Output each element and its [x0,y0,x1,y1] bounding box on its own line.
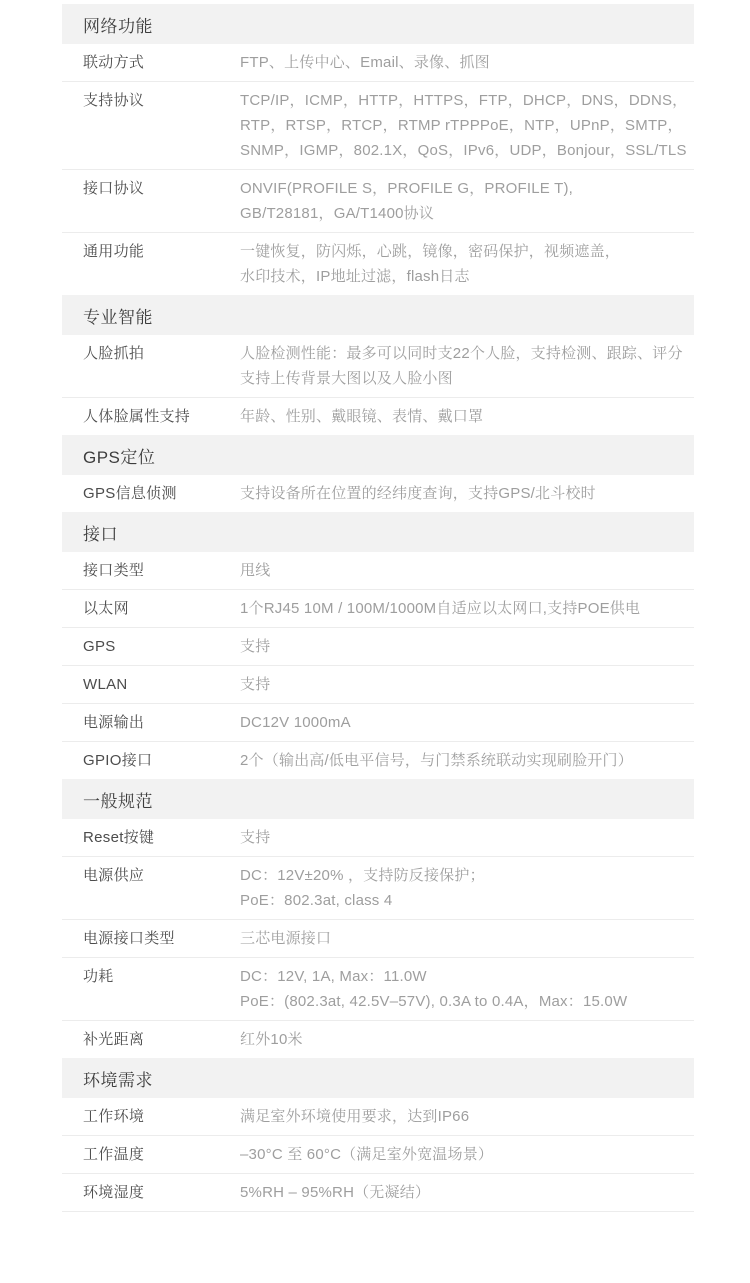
spec-value-line: 支持设备所在位置的经纬度查询，支持GPS/北斗校时 [240,481,694,506]
spec-table-row: 工作温度 –30°C 至 60°C（满足室外宽温场景） [62,1136,694,1174]
spec-row-label: 以太网 [83,596,240,621]
spec-value-line: 5%RH – 95%RH（无凝结） [240,1180,694,1205]
spec-row-label: GPIO接口 [83,748,240,773]
spec-table-row: GPIO接口 2个（输出高/低电平信号，与门禁系统联动实现刷脸开门） [62,742,694,779]
section-title: 专业智能 [83,303,153,328]
spec-row-value: DC：12V, 1A, Max：11.0WPoE：(802.3at, 42.5V… [240,964,694,1014]
spec-row-value: FTP、上传中心、Email、录像、抓图 [240,50,694,75]
spec-row-label: 工作温度 [83,1142,240,1167]
spec-value-line: DC：12V, 1A, Max：11.0W [240,964,694,989]
spec-value-line: RTP，RTSP，RTCP，RTMP rTPPPoE，NTP，UPnP，SMTP… [240,113,694,138]
spec-row-value: DC：12V±20% ，支持防反接保护；PoE：802.3at, class 4 [240,863,694,913]
section-title: 环境需求 [83,1066,153,1091]
spec-row-label: 电源供应 [83,863,240,888]
spec-section: 接口 接口类型 甩线 以太网 1个RJ45 10M / 100M/1000M自适… [62,512,694,779]
spec-table-row: 补光距离 红外10米 [62,1021,694,1058]
spec-table-row: 支持协议 TCP/IP，ICMP，HTTP，HTTPS，FTP，DHCP，DNS… [62,82,694,170]
spec-value-line: TCP/IP，ICMP，HTTP，HTTPS，FTP，DHCP，DNS，DDNS… [240,88,694,113]
spec-value-line: 1个RJ45 10M / 100M/1000M自适应以太网口,支持POE供电 [240,596,694,621]
spec-value-line: 支持上传背景大图以及人脸小图 [240,366,694,391]
spec-row-label: 联动方式 [83,50,240,75]
spec-section: 一般规范 Reset按键 支持 电源供应 DC：12V±20% ，支持防反接保护… [62,779,694,1058]
spec-row-label: 电源输出 [83,710,240,735]
spec-row-value: 三芯电源接口 [240,926,694,951]
spec-table-row: 功耗 DC：12V, 1A, Max：11.0WPoE：(802.3at, 42… [62,958,694,1021]
spec-row-value: 人脸检测性能：最多可以同时支22个人脸，支持检测、跟踪、评分支持上传背景大图以及… [240,341,694,391]
section-title: 一般规范 [83,787,153,812]
spec-table-row: 接口类型 甩线 [62,552,694,590]
spec-row-value: 年龄、性别、戴眼镜、表情、戴口罩 [240,404,694,429]
spec-table-row: 工作环境 满足室外环境使用要求，达到IP66 [62,1098,694,1136]
spec-table-row: 电源输出 DC12V 1000mA [62,704,694,742]
section-header: 一般规范 [62,779,694,819]
section-header: 环境需求 [62,1058,694,1098]
spec-row-value: ONVIF(PROFILE S，PROFILE G，PROFILE T),GB/… [240,176,694,226]
spec-section: GPS定位 GPS信息侦测 支持设备所在位置的经纬度查询，支持GPS/北斗校时 [62,435,694,512]
spec-value-line: 支持 [240,634,694,659]
spec-row-label: 补光距离 [83,1027,240,1052]
spec-value-line: PoE：802.3at, class 4 [240,888,694,913]
spec-row-label: 人脸抓拍 [83,341,240,366]
spec-value-line: FTP、上传中心、Email、录像、抓图 [240,50,694,75]
section-header: 接口 [62,512,694,552]
spec-value-line: DC12V 1000mA [240,710,694,735]
spec-row-label: 通用功能 [83,239,240,264]
spec-row-value: 一键恢复，防闪烁，心跳，镜像，密码保护，视频遮盖，水印技术，IP地址过滤，fla… [240,239,694,289]
spec-row-value: 1个RJ45 10M / 100M/1000M自适应以太网口,支持POE供电 [240,596,694,621]
spec-table-row: 环境湿度 5%RH – 95%RH（无凝结） [62,1174,694,1212]
spec-table-row: 电源接口类型 三芯电源接口 [62,920,694,958]
spec-row-label: 环境湿度 [83,1180,240,1205]
spec-section: 环境需求 工作环境 满足室外环境使用要求，达到IP66 工作温度 –30°C 至… [62,1058,694,1212]
spec-table-row: 人体脸属性支持 年龄、性别、戴眼镜、表情、戴口罩 [62,398,694,435]
spec-row-value: DC12V 1000mA [240,710,694,735]
spec-row-value: 5%RH – 95%RH（无凝结） [240,1180,694,1205]
spec-row-value: 满足室外环境使用要求，达到IP66 [240,1104,694,1129]
section-header: 网络功能 [62,4,694,44]
spec-section: 网络功能 联动方式 FTP、上传中心、Email、录像、抓图 支持协议 TCP/… [62,4,694,295]
spec-table-row: 以太网 1个RJ45 10M / 100M/1000M自适应以太网口,支持POE… [62,590,694,628]
spec-table-row: 电源供应 DC：12V±20% ，支持防反接保护；PoE：802.3at, cl… [62,857,694,920]
spec-row-label: 接口类型 [83,558,240,583]
spec-value-line: 年龄、性别、戴眼镜、表情、戴口罩 [240,404,694,429]
spec-value-line: SNMP，IGMP，802.1X，QoS，IPv6，UDP，Bonjour，SS… [240,138,694,163]
spec-row-label: 电源接口类型 [83,926,240,951]
spec-row-value: TCP/IP，ICMP，HTTP，HTTPS，FTP，DHCP，DNS，DDNS… [240,88,694,163]
spec-value-line: GB/T28181，GA/T1400协议 [240,201,694,226]
spec-value-line: 满足室外环境使用要求，达到IP66 [240,1104,694,1129]
spec-row-value: 支持 [240,672,694,697]
section-title: 接口 [83,520,118,545]
spec-row-label: 功耗 [83,964,240,989]
spec-value-line: 水印技术，IP地址过滤，flash日志 [240,264,694,289]
spec-row-value: 红外10米 [240,1027,694,1052]
spec-value-line: DC：12V±20% ，支持防反接保护； [240,863,694,888]
spec-row-label: 支持协议 [83,88,240,113]
spec-value-line: –30°C 至 60°C（满足室外宽温场景） [240,1142,694,1167]
spec-row-value: 甩线 [240,558,694,583]
section-title: GPS定位 [83,443,155,468]
spec-table-row: 通用功能 一键恢复，防闪烁，心跳，镜像，密码保护，视频遮盖，水印技术，IP地址过… [62,233,694,295]
spec-row-label: 工作环境 [83,1104,240,1129]
spec-table-row: Reset按键 支持 [62,819,694,857]
spec-value-line: 支持 [240,825,694,850]
spec-row-value: 支持 [240,825,694,850]
spec-value-line: ONVIF(PROFILE S，PROFILE G，PROFILE T), [240,176,694,201]
spec-table-row: GPS信息侦测 支持设备所在位置的经纬度查询，支持GPS/北斗校时 [62,475,694,512]
spec-table-row: WLAN 支持 [62,666,694,704]
spec-sheet: 网络功能 联动方式 FTP、上传中心、Email、录像、抓图 支持协议 TCP/… [62,0,694,1212]
spec-row-label: 接口协议 [83,176,240,201]
spec-value-line: 人脸检测性能：最多可以同时支22个人脸，支持检测、跟踪、评分 [240,341,694,366]
spec-value-line: 红外10米 [240,1027,694,1052]
spec-row-label: WLAN [83,672,240,697]
spec-table-row: 联动方式 FTP、上传中心、Email、录像、抓图 [62,44,694,82]
spec-value-line: 三芯电源接口 [240,926,694,951]
spec-value-line: 甩线 [240,558,694,583]
spec-value-line: 支持 [240,672,694,697]
spec-row-label: GPS信息侦测 [83,481,240,506]
spec-table-row: 人脸抓拍 人脸检测性能：最多可以同时支22个人脸，支持检测、跟踪、评分支持上传背… [62,335,694,398]
spec-value-line: PoE：(802.3at, 42.5V–57V), 0.3A to 0.4A，M… [240,989,694,1014]
section-title: 网络功能 [83,12,153,37]
spec-section: 专业智能 人脸抓拍 人脸检测性能：最多可以同时支22个人脸，支持检测、跟踪、评分… [62,295,694,435]
spec-row-value: 支持设备所在位置的经纬度查询，支持GPS/北斗校时 [240,481,694,506]
section-header: GPS定位 [62,435,694,475]
spec-value-line: 2个（输出高/低电平信号，与门禁系统联动实现刷脸开门） [240,748,694,773]
spec-table-row: GPS 支持 [62,628,694,666]
spec-row-label: 人体脸属性支持 [83,404,240,429]
spec-row-value: 支持 [240,634,694,659]
section-header: 专业智能 [62,295,694,335]
spec-row-label: Reset按键 [83,825,240,850]
spec-value-line: 一键恢复，防闪烁，心跳，镜像，密码保护，视频遮盖， [240,239,694,264]
spec-row-value: –30°C 至 60°C（满足室外宽温场景） [240,1142,694,1167]
spec-table-row: 接口协议 ONVIF(PROFILE S，PROFILE G，PROFILE T… [62,170,694,233]
spec-row-label: GPS [83,634,240,659]
spec-row-value: 2个（输出高/低电平信号，与门禁系统联动实现刷脸开门） [240,748,694,773]
